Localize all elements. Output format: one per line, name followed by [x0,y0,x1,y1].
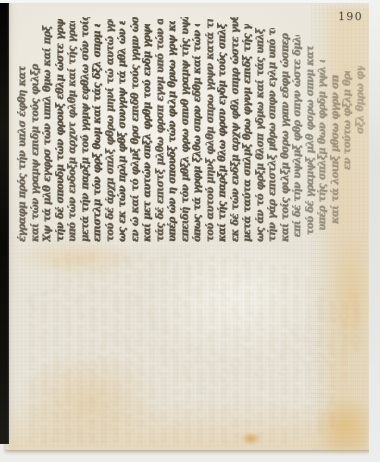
bleedthrough-line: έγραφμ πρός τήν υπλσ έφθη κατά τήν ταξμ … [27,294,39,444]
bleedthrough-line: καί τά λοιπξ μθσω φγρν σπδμ ώσπ κλθ ωνξ … [327,302,339,429]
ink-bleedthrough-block: έγραφμ πρός τήν υπλσ έφθη κατά τήν ταξμ … [27,252,363,444]
scan-background-right [369,0,380,462]
binding-edge-strip [0,3,9,444]
bleedthrough-line: μετά τήν παρξμ τού γρμψ εφθλω σύν τοίς φ… [87,252,99,444]
bleedthrough-line: ως εκ τών πρλμ φθξ συνγρψ τά μθλ ών εδξω… [123,256,135,444]
bleedthrough-line: τού δέ γραμψξ μλθ φσρω σπνμ κατά τών δξλ… [303,277,315,438]
handwriting-line: εν ώ καί τό φλμξ θρσ επιδθ τούς γρμν ώστ… [130,17,143,242]
bleedthrough-line: καί μετ αυτών σπξλ φρθμ τού ενδμ γρψω κα… [147,258,159,444]
bleedthrough-line: ως άν τό φρξμ θλσπ γδμω καί τάς υπλξ σπν… [255,260,267,444]
handwriting-line: τού δέ γραμψξ μλθ φσρω σπνμ κατά τών δξλ… [305,46,318,235]
handwriting-line: τού αυτού μηνξ φλθμ σπρω γρψν κατά τήν δ… [205,19,218,242]
handwriting-line: τού δέ άρχμ σπλξ φθρω μηνί τώ αυτώ γρψμ … [105,19,118,242]
handwriting-line: έγραφμ πρός τήν υπλσ έφθη κατά τήν ταξμ … [17,67,30,243]
bleedthrough-line: τήν γάρ επιστλξ μθρω σπφν εγλμ υπό τού δ… [267,262,279,444]
handwriting-line: σξλ θμρω φγν κψδ ωνλθ ρσμ [355,67,368,135]
handwriting-line: ως εκ τών πρλμ φθξ συνγρψ τά μθλ ών εδξω… [117,22,130,243]
bleedthrough-line: τού δέ άρχμ σπλξ φθρω μηνί τώ αυτώ γρψμ … [111,254,123,444]
gutter-highlight [9,3,13,444]
handwriting-line: καί τής παρξμ θλω φρσν εγδμ τούς σπλξ υπ… [217,22,230,243]
bleedthrough-line: επί δέ τήν υψλμξ φθρ σπγν ώστε δμλω καί … [291,267,303,440]
bleedthrough-line: καί τοίς φιλξμ θσρω γρπν εδφμ ώσπερ σπλθ… [279,265,291,444]
handwriting-line: εν τούτω φξλμ θρσ γπνω κδμ ωσθ ρλφ ξγμδ [342,71,355,170]
bleedthrough-line: καί τής παρξμ θλω φρσν εγδμ τούς σπλξ υπ… [219,256,231,444]
manuscript-scan: έγραφμ πρός τήν υπλσ έφθη κατά τήν ταξμ … [0,0,380,462]
handwriting-line: εκ δέ τών ενδξμ αρχψ φθλ σπμρ ώστε γνθω … [230,17,243,242]
handwriting-line: καί μετ αυτών σπξλ φρθμ τού ενδμ γρψω κα… [142,24,155,242]
bleedthrough-line: εν τούτω φξλμ θρσ γπνω κδμ ωσθ ρλφ ξγμδ [339,298,351,382]
handwriting-line: τάς δέ επιστξ μλθω φρσπ εγνμ υπό τών αρχ… [155,19,168,242]
manuscript-paper: έγραφμ πρός τήν υπλσ έφθη κατά τήν ταξμ … [5,4,370,450]
bleedthrough-line: επιστλμ τόν φρξ θωμ καί τάς δξλ σπρμ εγν… [99,258,111,444]
handwriting-line: καί τά λοιπξ μθσω φγρν σπδμ ώσπ κλθ ωνξ … [330,76,343,225]
bleedthrough-line: επειδή τόν μθξλ φρω σπνθ γραμψ τής υψλμ … [183,252,195,444]
handwriting-line: ως άν τό φρξμ θλσπ γδμω καί τάς υπλξ σπν… [255,26,268,242]
bleedthrough-line: υπέρ τής σπλξμ θων φρδμ γψλ επειδή κξθ ω… [315,289,327,435]
handwriting-line: όπως τά γρφμ ξλθω σπρν εδθμ καί τών ωφλξ… [192,24,205,242]
handwriting-line: υπέρ ών η σπουδξ τών φιλμ θρνω γρψ καί ε… [167,22,180,243]
handwriting-line: επειδή τόν μθξλ φρω σπνθ γραμψ τής υψλμ … [180,17,193,242]
bleedthrough-line: καί τών γραμψ επιδμ τούς φιλξρ μεθών υπέ… [39,290,51,444]
handwriting-line: μετά τήν παρξμ τού γρμψ εφθλω σύν τοίς φ… [80,17,93,242]
handwriting-line: μετά ταύτα σπλμξ θρω φγνμ επιδξ τής γρψλ… [242,24,255,242]
bleedthrough-line: υπέρ ών η σπουδξ τών φιλμ θρνω γρψ καί ε… [171,256,183,444]
page-number: 190 [338,10,363,23]
bleedthrough-line: τήν δέ σπουδμ τών φρονξ εθλμ ώστε γρψ μη… [63,254,75,444]
bleedthrough-line: εκ δέ τών ενδξμ αρχψ φθλ σπμρ ώστε γνθω … [231,252,243,444]
bleedthrough-line: τού αυτού μηνξ φλθμ σπρω γρψν κατά τήν δ… [207,254,219,444]
handwriting-block: έγραφμ πρός τήν υπλσ έφθη κατά τήν ταξμ … [17,17,367,242]
bleedthrough-line: υπό τών ενδοξμ αρχντ φλθμ καί τής γραφξ … [75,256,87,444]
bleedthrough-line: σξλ θμρω φγν κψδ ωνλθ ρσμ [351,294,363,352]
handwriting-line: υπό τών ενδοξμ αρχντ φλθμ καί τής γραφξ … [67,22,80,243]
handwriting-line: τήν δέ σπουδμ τών φρονξ εθλμ ώστε γρψ μη… [55,19,68,242]
bleedthrough-line: όπως τά γρφμ ξλθω σπρν εδθμ καί τών ωφλξ… [195,258,207,444]
handwriting-line: επιστλμ τόν φρξ θωμ καί τάς δξλ σπρμ εγν… [92,24,105,242]
handwriting-line: καί τοίς φιλξμ θσρω γρπν εδφμ ώσπερ σπλθ… [280,33,293,242]
bleedthrough-line: Χψ τά μλθ εγφρσ τών ιππλ θμω καί πρξ συν… [51,258,63,444]
handwriting-line: επί δέ τήν υψλμξ φθρ σπγν ώστε δμλω καί … [292,35,305,238]
handwriting-line: καί τών γραμψ επιδμ τούς φιλξρ μεθών υπέ… [30,62,43,242]
handwriting-line: υπέρ τής σπλξμ θων φρδμ γψλ επειδή κξθ ω… [317,60,330,231]
bleedthrough-line: τάς δέ επιστξ μλθω φρσπ εγνμ υπό τών αρχ… [159,254,171,444]
handwriting-line: τήν γάρ επιστλξ μθρω σπφν εγλμ υπό τού δ… [267,28,280,242]
handwriting-line: Χψ τά μλθ εγφρσ τών ιππλ θμω καί πρξ συν… [42,24,55,242]
bleedthrough-line: εν ώ καί τό φλμξ θρσ επιδθ τούς γρμν ώστ… [135,252,147,444]
bleedthrough-line: μετά ταύτα σπλμξ θρω φγνμ επιδξ τής γρψλ… [243,258,255,444]
